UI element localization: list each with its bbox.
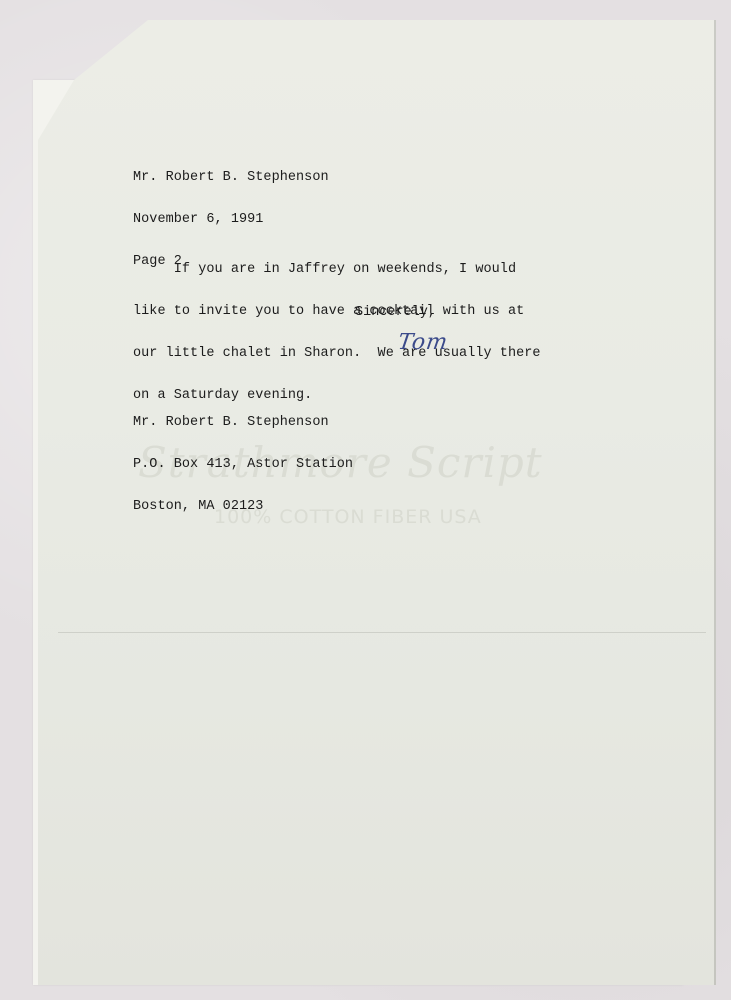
body-line: like to invite you to have a cocktail wi…	[133, 305, 541, 319]
address-name: Mr. Robert B. Stephenson	[133, 416, 353, 430]
handwritten-signature: Tom	[396, 330, 450, 355]
header-date: November 6, 1991	[133, 213, 329, 227]
paper-edge	[714, 20, 716, 985]
paper-fold-line	[58, 632, 706, 633]
recipient-address: Mr. Robert B. Stephenson P.O. Box 413, A…	[133, 388, 353, 542]
header-recipient: Mr. Robert B. Stephenson	[133, 171, 329, 185]
address-city: Boston, MA 02123	[133, 500, 353, 514]
letter-page: Strathmore Script 100% COTTON FIBER USA …	[38, 20, 716, 985]
address-street: P.O. Box 413, Astor Station	[133, 458, 353, 472]
body-line: If you are in Jaffrey on weekends, I wou…	[133, 263, 541, 277]
body-line: our little chalet in Sharon. We are usua…	[133, 347, 541, 361]
letter-closing: Sincerely,	[355, 305, 436, 320]
